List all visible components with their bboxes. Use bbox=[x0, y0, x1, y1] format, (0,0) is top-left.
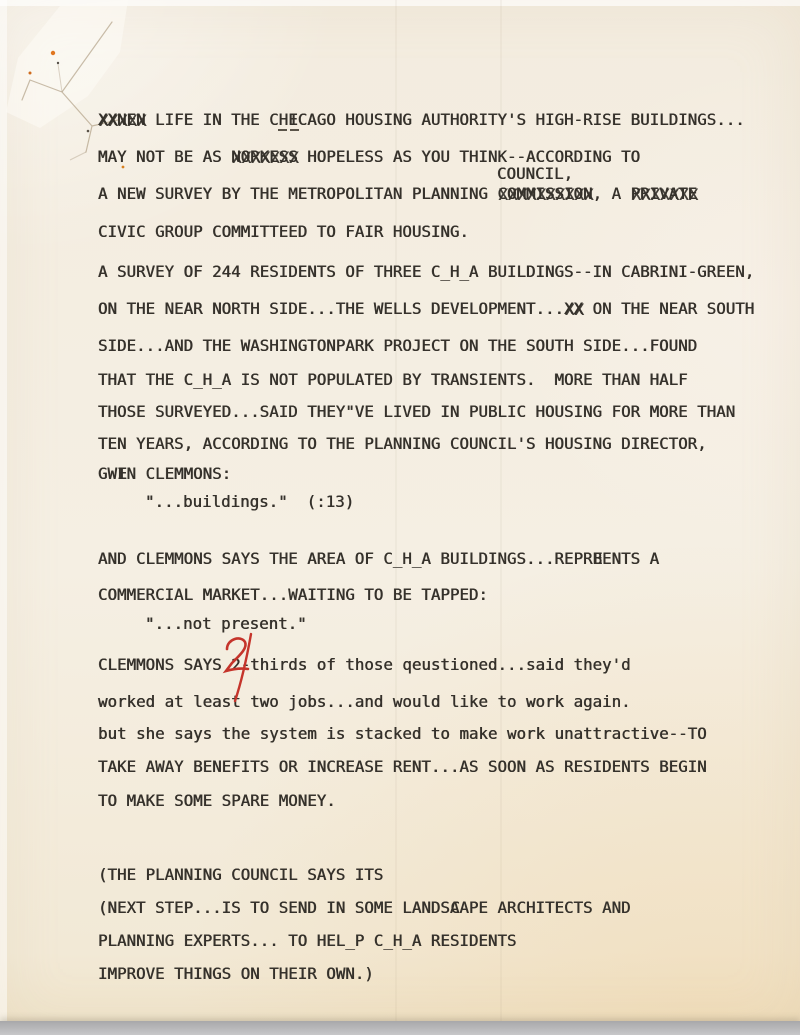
typed-text: TO MAKE SOME SPARE MONEY. bbox=[98, 791, 336, 810]
typed-text: COUNCIL, bbox=[497, 164, 573, 183]
handwritten-red-correction bbox=[221, 631, 259, 705]
typed-text: APE ARCHITECTS AND bbox=[459, 898, 630, 917]
typed-strikeout: XXXX bbox=[564, 299, 583, 319]
p2-line1: A SURVEY OF 244 RESIDENTS OF THREE C_H_A… bbox=[98, 262, 754, 282]
p3-line2: COMMERCIAL MARKET...WAITING TO BE TAPPED… bbox=[98, 585, 488, 605]
typed-overstrike: IE bbox=[117, 464, 127, 484]
p2-line3: SIDE...AND THE WASHINGTONPARK PROJECT ON… bbox=[98, 336, 697, 356]
typed-text: "...buildings." (:13) bbox=[145, 492, 354, 511]
typed-text: MAY NOT BE AS bbox=[98, 147, 231, 166]
p1-line4: CIVIC GROUP COMMITTEED TO FAIR HOUSING. bbox=[98, 222, 469, 242]
p4-line1: CLEMMONS SAYS 2-thirds of those qeustion… bbox=[98, 655, 631, 675]
quote-1: "...buildings." (:13) bbox=[145, 492, 354, 512]
typed-text: TAKE AWAY BENEFITS OR INCREASE RENT...AS… bbox=[98, 757, 707, 776]
typed-text: ON THE NEAR NORTH SIDE...THE WELLS DEVEL… bbox=[98, 299, 564, 318]
typed-text: worked at least two jobs...and would lik… bbox=[98, 692, 631, 711]
p2-line7: GWIEN CLEMMONS: bbox=[98, 464, 231, 484]
p4-line5: TO MAKE SOME SPARE MONEY. bbox=[98, 791, 336, 811]
typed-text: ON THE NEAR SOUTH bbox=[583, 299, 754, 318]
typed-text: CIVIC GROUP COMMITTEED TO FAIR HOUSING. bbox=[98, 222, 469, 241]
typed-text: PLANNING EXPERTS... TO HEL_P C_H_A RESID… bbox=[98, 931, 516, 950]
typed-text: , A bbox=[593, 184, 631, 203]
typed-text: THOSE SURVEYED...SAID THEY"VE LIVED IN P… bbox=[98, 402, 735, 421]
typed-text: but she says the system is stacked to ma… bbox=[98, 724, 707, 743]
typed-text: GW bbox=[98, 464, 117, 483]
p2-line4: THAT THE C_H_A IS NOT POPULATED BY TRANS… bbox=[98, 370, 688, 390]
typed-text: A SURVEY OF 244 RESIDENTS OF THREE C_H_A… bbox=[98, 262, 754, 281]
typed-text: HOPELESS AS YOU THINK--ACCORDING TO bbox=[298, 147, 640, 166]
p1-line3: A NEW SURVEY BY THE METROPOLITAN PLANNIN… bbox=[98, 184, 697, 204]
typed-strikeout: COMMISSIONXXXXXXXXXX bbox=[497, 184, 592, 204]
p4-line4: TAKE AWAY BENEFITS OR INCREASE RENT...AS… bbox=[98, 757, 707, 777]
typed-strikeout: NORKESSXXXXXXX bbox=[231, 147, 298, 167]
document-page: XXNENXXXXX LIFE IN THE CHEICAGO HOUSING … bbox=[0, 0, 800, 1035]
typed-text: ENTS A bbox=[602, 549, 659, 568]
p2-line6: TEN YEARS, ACCORDING TO THE PLANNING COU… bbox=[98, 434, 707, 454]
typed-text: A NEW SURVEY BY THE METROPOLITAN PLANNIN… bbox=[98, 184, 497, 203]
typed-text: (NEXT STEP...IS TO SEND IN SOME LANDS bbox=[98, 898, 450, 917]
typed-text: N CLEMMONS: bbox=[127, 464, 232, 483]
p5-line2: (NEXT STEP...IS TO SEND IN SOME LANDSACA… bbox=[98, 898, 631, 918]
p5-line1: (THE PLANNING COUNCIL SAYS ITS bbox=[98, 865, 383, 885]
typed-overstrike: BE bbox=[593, 549, 603, 569]
typed-strikeout: XXNENXXXXX bbox=[98, 110, 146, 130]
typed-overstrike: AC bbox=[450, 898, 460, 918]
typed-text: COMMERCIAL MARKET...WAITING TO BE TAPPED… bbox=[98, 585, 488, 604]
p3-line1: AND CLEMMONS SAYS THE AREA OF C_H_A BUIL… bbox=[98, 549, 659, 569]
scan-edge-bottom bbox=[0, 1021, 800, 1035]
typed-text: TEN YEARS, ACCORDING TO THE PLANNING COU… bbox=[98, 434, 707, 453]
p2-line2: ON THE NEAR NORTH SIDE...THE WELLS DEVEL… bbox=[98, 299, 754, 319]
p2-line5: THOSE SURVEYED...SAID THEY"VE LIVED IN P… bbox=[98, 402, 735, 422]
typed-text: CLEMMONS SAYS 2-thirds of those qeustion… bbox=[98, 655, 631, 674]
typed-text: (THE PLANNING COUNCIL SAYS ITS bbox=[98, 865, 383, 884]
p5-line3: PLANNING EXPERTS... TO HEL_P C_H_A RESID… bbox=[98, 931, 516, 951]
typed-text: THAT THE C_H_A IS NOT POPULATED BY TRANS… bbox=[98, 370, 688, 389]
p1-line1: XXNENXXXXX LIFE IN THE CHEICAGO HOUSING … bbox=[98, 110, 745, 130]
p4-line2: worked at least two jobs...and would lik… bbox=[98, 692, 631, 712]
typed-text: SIDE...AND THE WASHINGTONPARK PROJECT ON… bbox=[98, 336, 697, 355]
p5-line4: IMPROVE THINGS ON THEIR OWN.) bbox=[98, 964, 374, 984]
typed-overstrike: EI bbox=[288, 110, 298, 130]
typed-text: CAGO HOUSING AUTHORITY'S HIGH-RISE BUILD… bbox=[298, 110, 745, 129]
typed-text: AND CLEMMONS SAYS THE AREA OF C_H_A BUIL… bbox=[98, 549, 593, 568]
p4-line3: but she says the system is stacked to ma… bbox=[98, 724, 707, 744]
interlinear-insert: COUNCIL, bbox=[497, 164, 573, 184]
typed-strikeout: PRIVATEXXXXXXX bbox=[631, 184, 698, 204]
typed-text: LIFE IN THE CH bbox=[146, 110, 289, 129]
typed-text: IMPROVE THINGS ON THEIR OWN.) bbox=[98, 964, 374, 983]
